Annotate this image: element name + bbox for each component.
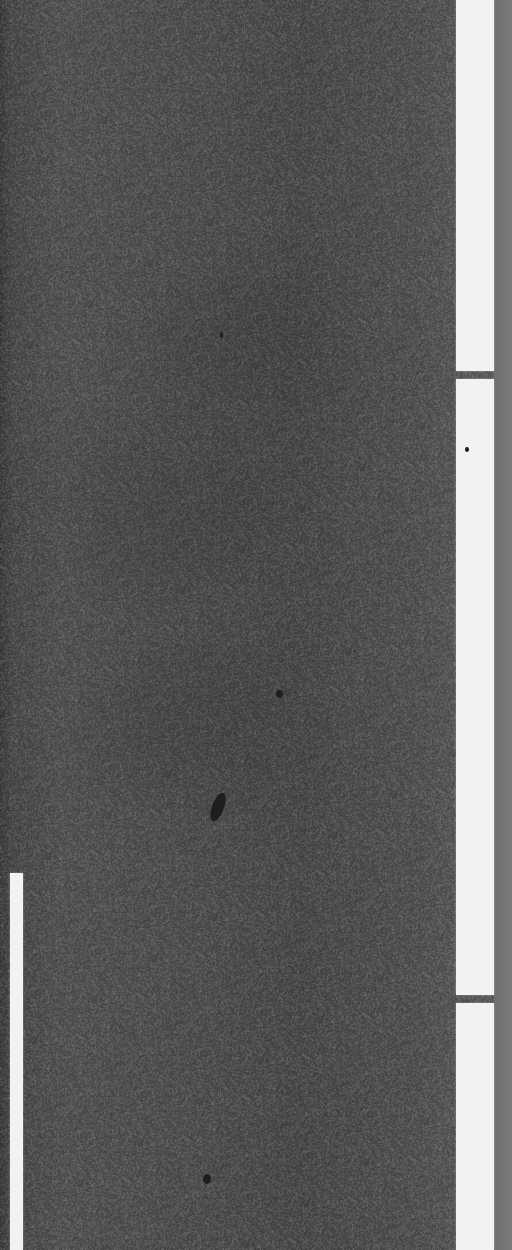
lane-marking-segment bbox=[10, 873, 23, 1250]
lane-marking-segment bbox=[456, 379, 494, 995]
shadow-patch bbox=[150, 280, 330, 420]
oil-stain bbox=[203, 1174, 211, 1184]
shadow-patch bbox=[90, 640, 290, 800]
oil-stain bbox=[276, 690, 283, 698]
road-surface-photo bbox=[0, 0, 512, 1250]
lane-marking-segment bbox=[456, 0, 494, 371]
asphalt-texture bbox=[0, 0, 512, 1250]
lane-marking-segment bbox=[456, 1003, 494, 1250]
oil-stain bbox=[220, 332, 223, 338]
shadow-patch bbox=[60, 420, 280, 600]
oil-stain bbox=[465, 447, 469, 452]
road-shoulder bbox=[494, 0, 512, 1250]
